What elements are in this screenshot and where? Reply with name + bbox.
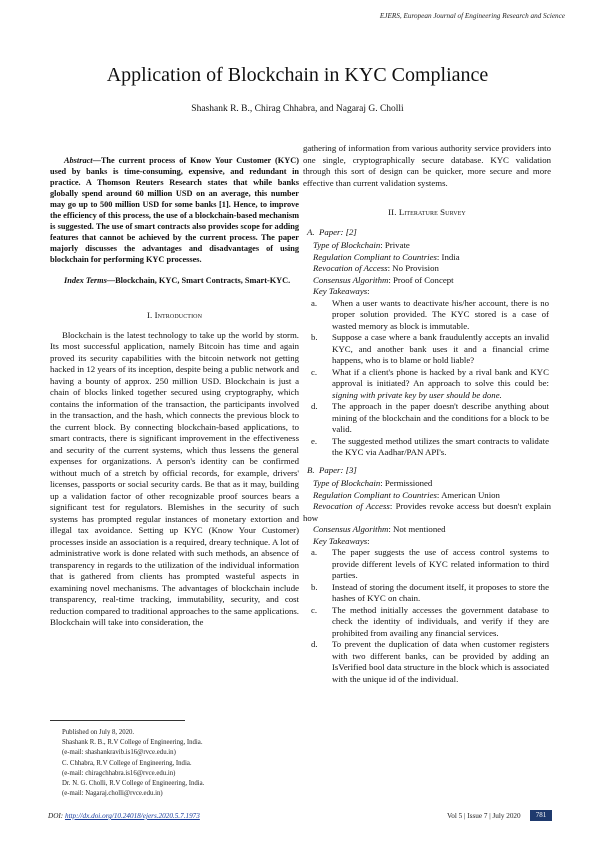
paper-title: Application of Blockchain in KYC Complia… <box>0 64 595 87</box>
takeaways-list: a.The paper suggests the use of access c… <box>303 547 551 685</box>
takeaway-item: a.When a user wants to deactivate his/he… <box>307 298 549 333</box>
index-terms: Index Terms—Blockchain, KYC, Smart Contr… <box>50 275 299 286</box>
page-number-badge: 781 <box>530 810 552 821</box>
subsection-label: A. <box>307 227 315 237</box>
section-heading-literature-survey: II. Literature Survey <box>303 207 551 219</box>
index-terms-text: —Blockchain, KYC, Smart Contracts, Smart… <box>107 276 290 285</box>
footnote-divider <box>50 720 185 721</box>
field-revocation-of-access: Revocation of Access: Provides revoke ac… <box>303 501 551 524</box>
introduction-continuation: gathering of information from various au… <box>303 143 551 189</box>
subsection-paper-3: B. Paper: [3] <box>307 465 551 477</box>
footer-volume-issue: Vol 5 | Issue 7 | July 2020 <box>447 812 521 820</box>
takeaways-list: a.When a user wants to deactivate his/he… <box>303 298 551 459</box>
doi-link[interactable]: http://dx.doi.org/10.24018/ejers.2020.5.… <box>65 812 200 820</box>
subsection-title: Paper: [3] <box>319 465 357 475</box>
emphasis-text: signing with private key by user should … <box>332 390 502 400</box>
field-regulation-compliant: Regulation Compliant to Countries: India <box>313 252 551 264</box>
abstract-text: —The current process of Know Your Custom… <box>50 156 299 264</box>
left-column: Abstract—The current process of Know You… <box>50 155 299 629</box>
field-regulation-compliant: Regulation Compliant to Countries: Ameri… <box>313 490 551 502</box>
field-consensus-algorithm: Consensus Algorithm: Not mentioned <box>313 524 551 536</box>
field-type-of-blockchain: Type of Blockchain: Private <box>313 240 551 252</box>
takeaway-item: d.To prevent the duplication of data whe… <box>307 639 549 685</box>
field-key-takeaways: Key Takeaways: <box>313 536 551 548</box>
subsection-paper-2: A. Paper: [2] <box>307 227 551 239</box>
takeaway-item: b.Instead of storing the document itself… <box>307 582 549 605</box>
footnote-author-2-email: (e-mail: chiragchhabra.is16@rvce.edu.in) <box>62 769 204 779</box>
footnote-author-3-email: (e-mail: Nagaraj.cholli@rvce.edu.in) <box>62 789 204 799</box>
takeaway-item: c.What if a client's phone is hacked by … <box>307 367 549 402</box>
footer-doi: DOI: http://dx.doi.org/10.24018/ejers.20… <box>48 812 200 820</box>
takeaway-item: e.The suggested method utilizes the smar… <box>307 436 549 459</box>
introduction-body: Blockchain is the latest technology to t… <box>50 330 299 629</box>
takeaway-item: a.The paper suggests the use of access c… <box>307 547 549 582</box>
footnotes: Published on July 8, 2020. Shashank R. B… <box>62 728 204 799</box>
takeaway-item: d.The approach in the paper doesn't desc… <box>307 401 549 436</box>
subsection-title: Paper: [2] <box>319 227 357 237</box>
abstract-lead: Abstract <box>64 156 93 165</box>
footnote-author-1: Shashank R. B., R.V College of Engineeri… <box>62 738 204 748</box>
section-heading-introduction: I. Introduction <box>50 310 299 322</box>
running-head: EJERS, European Journal of Engineering R… <box>380 12 565 20</box>
doi-label: DOI: <box>48 812 65 820</box>
footnote-author-3: Dr. N. G. Cholli, R.V College of Enginee… <box>62 779 204 789</box>
subsection-label: B. <box>307 465 315 475</box>
right-column: gathering of information from various au… <box>303 143 551 685</box>
field-revocation-of-access: Revocation of Access: No Provision <box>313 263 551 275</box>
field-type-of-blockchain: Type of Blockchain: Permissioned <box>313 478 551 490</box>
footnote-author-2: C. Chhabra, R.V College of Engineering, … <box>62 759 204 769</box>
field-key-takeaways: Key Takeaways: <box>313 286 551 298</box>
field-consensus-algorithm: Consensus Algorithm: Proof of Concept <box>313 275 551 287</box>
takeaway-item: b.Suppose a case where a bank fraudulent… <box>307 332 549 367</box>
abstract: Abstract—The current process of Know You… <box>50 155 299 265</box>
takeaway-item: c.The method initially accesses the gove… <box>307 605 549 640</box>
index-terms-lead: Index Terms <box>64 276 107 285</box>
footnote-published: Published on July 8, 2020. <box>62 728 204 738</box>
author-list: Shashank R. B., Chirag Chhabra, and Naga… <box>0 104 595 114</box>
footnote-author-1-email: (e-mail: shashankravib.is16@rvce.edu.in) <box>62 748 204 758</box>
